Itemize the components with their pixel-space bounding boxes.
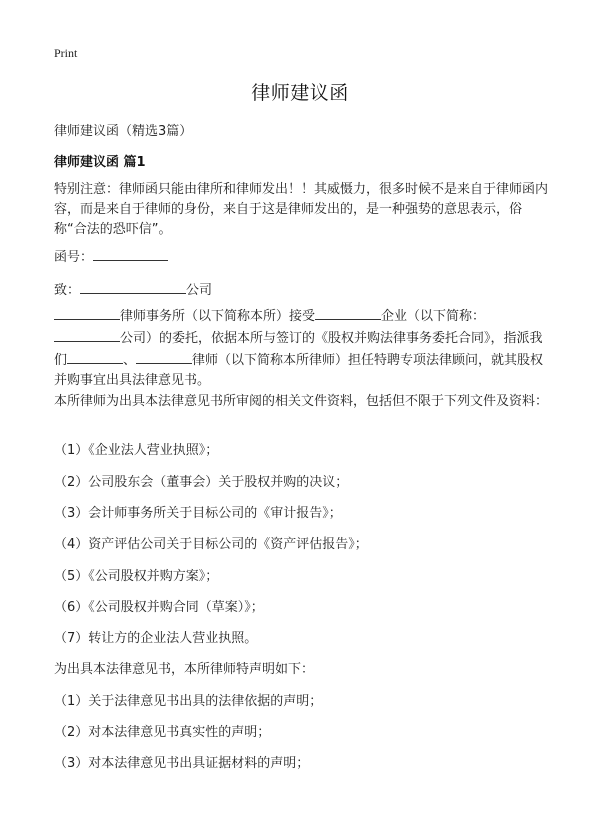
document-list-item: （1）《企业法人营业执照》； bbox=[54, 441, 218, 461]
section-heading: 律师建议函 篇1 bbox=[54, 151, 146, 170]
letter-number-label: 函号： bbox=[54, 250, 93, 265]
documents-intro: 本所律师为出具本法律意见书所审阅的相关文件资料，包括但不限于下列文件及资料： bbox=[54, 392, 554, 412]
notice-paragraph: 特别注意：律师函只能由律所和律师发出！！其威慑力，很多时候不是来自于律师函内容，… bbox=[54, 180, 554, 240]
document-list-item: （2）公司股东会（董事会）关于股权并购的决议； bbox=[54, 473, 348, 493]
recipient-suffix: 公司 bbox=[186, 283, 212, 298]
document-list-item: （7）转让方的企业法人营业执照。 bbox=[54, 629, 257, 649]
document-list-item: （3）会计师事务所关于目标公司的《审计报告》； bbox=[54, 504, 342, 524]
letter-number-line: 函号： bbox=[54, 246, 554, 268]
company-short-name-blank bbox=[54, 327, 120, 342]
document-list-item: （5）《公司股权并购方案》； bbox=[54, 567, 218, 587]
lawyer-2-blank bbox=[136, 349, 192, 364]
recipient-line: 致：公司 bbox=[54, 279, 554, 301]
recipient-company-blank bbox=[80, 279, 186, 294]
engagement-text-2: 企业（以下简称： bbox=[381, 309, 485, 324]
document-page: Print 律师建议函 律师建议函（精选3篇） 律师建议函 篇1 特别注意：律师… bbox=[0, 0, 600, 828]
engagement-text-4: 、 bbox=[123, 353, 136, 368]
print-link[interactable]: Print bbox=[54, 46, 77, 61]
engagement-text-1: 律师事务所（以下简称本所）接受 bbox=[120, 309, 315, 324]
statements-intro: 为出具本法律意见书，本所律师特声明如下： bbox=[54, 660, 314, 680]
law-firm-blank bbox=[54, 305, 120, 320]
statement-list-item: （3）对本法律意见书出具证据材料的声明； bbox=[54, 754, 309, 774]
document-list-item: （6）《公司股权并购合同（草案）》； bbox=[54, 598, 264, 618]
document-list-item: （4）资产评估公司关于目标公司的《资产评估报告》； bbox=[54, 535, 368, 555]
document-subtitle: 律师建议函（精选3篇） bbox=[54, 120, 192, 139]
lawyer-1-blank bbox=[67, 349, 123, 364]
recipient-label: 致： bbox=[54, 283, 80, 298]
page-title: 律师建议函 bbox=[0, 78, 600, 105]
letter-number-blank bbox=[93, 246, 168, 261]
engagement-paragraph: 律师事务所（以下简称本所）接受企业（以下简称：公司）的委托，依据本所与签订的《股… bbox=[54, 305, 554, 391]
enterprise-blank bbox=[315, 305, 381, 320]
statement-list-item: （1）关于法律意见书出具的法律依据的声明； bbox=[54, 692, 322, 712]
statement-list-item: （2）对本法律意见书真实性的声明； bbox=[54, 723, 270, 743]
